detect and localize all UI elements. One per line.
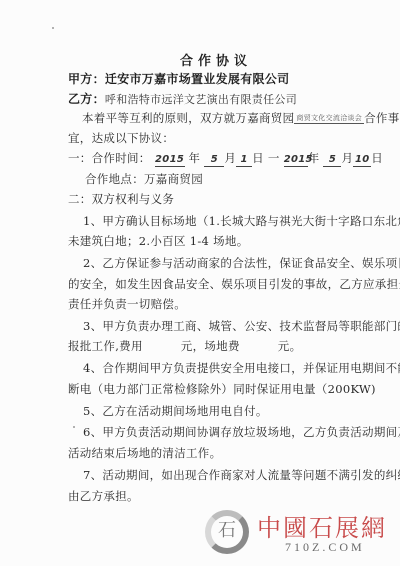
clause-2-line-1: 2、乙方保证参与活动商家的合法性，保证食品安全、娱乐项目	[83, 255, 400, 271]
location-value: 万嘉商贸园	[144, 172, 203, 186]
clause-7-line-1: 7、活动期间，如出现合作商家对人流量等问题不满引发的纠纷，	[83, 467, 400, 483]
intro-text-end: 合作事	[364, 111, 399, 125]
day-char: 日	[252, 151, 264, 165]
scan-speck	[52, 27, 54, 29]
location-label: 合作地点：	[85, 172, 144, 186]
start-day-field: 1	[236, 154, 252, 167]
scan-speck	[73, 426, 75, 428]
end-day-field: 10	[353, 154, 371, 167]
section-2-heading: 二：双方权利与义务	[68, 191, 174, 207]
clause-6-line-1: 6、甲方负责活动期间协调存放垃圾场地，乙方负责活动期间及	[83, 424, 400, 440]
clause-7-line-2: 由乙方承担。	[68, 488, 139, 504]
start-month-field: 5	[204, 154, 224, 167]
cooperation-location: 合作地点：万嘉商贸园	[85, 171, 203, 187]
venue-fee-label: 元，场地费	[181, 339, 240, 353]
party-b: 乙方：呼和浩特市远洋文艺演出有限责任公司	[68, 90, 297, 107]
clause-4-line-1: 4、合作期间甲方负责提供安全用电接口，并保证用电期间不能	[83, 360, 400, 376]
clause-1-line-1: 1、甲方确认目标场地（1.长城大路与祺光大街十字路口东北角	[83, 213, 400, 229]
clause-5: 5、乙方在活动期间场地用电自付。	[83, 403, 268, 419]
clause-2-line-2: 的安全，如发生因食品安全、娱乐项目引发的事故，乙方应承担全部	[68, 276, 400, 292]
month-char: 月	[341, 151, 353, 165]
clause-1-line-2: 未建筑白地；2.小百区 1-4 场地。	[68, 233, 249, 249]
clause-2-line-3: 责任并负责一切赔偿。	[68, 296, 186, 312]
approval-fee-label: 报批工作,费用	[68, 339, 143, 353]
end-year-field: 2015	[284, 154, 308, 167]
watermark-url: 710Z.COM	[285, 540, 365, 555]
clause-6-line-2: 活动结束后场地的清洁工作。	[68, 445, 221, 461]
contract-page: 合作协议 甲方：迁安市万嘉市场置业发展有限公司 乙方：呼和浩特市远洋文艺演出有限…	[0, 0, 400, 566]
party-b-name: 呼和浩特市远洋文艺演出有限责任公司	[105, 93, 297, 106]
time-label: 一：合作时间：	[68, 151, 151, 165]
party-a-name: 迁安市万嘉市场置业发展有限公司	[105, 72, 290, 86]
watermark-site-name: 中國石展網	[257, 508, 387, 543]
clause-3-line-2: 报批工作,费用元，场地费元。	[68, 338, 301, 354]
event-name-fill: 商贸文化交流洽谈会	[294, 113, 364, 124]
range-dash: 一	[268, 151, 280, 165]
cooperation-time: 一：合作时间： 2015 年 5月1日 一 2015年 5月10日	[68, 150, 383, 167]
party-a-label: 甲方：	[68, 72, 105, 86]
start-year-field: 2015	[155, 154, 185, 167]
clause-3-line-1: 3、甲方负责办理工商、城管、公安、技术监督局等职能部门的	[83, 318, 400, 334]
month-char: 月	[224, 151, 236, 165]
document-title: 合作协议	[180, 50, 252, 69]
intro-line-2: 宜，达成以下协议：	[68, 130, 174, 146]
yuan-unit: 元。	[278, 339, 302, 353]
logo-glyph: 石	[217, 520, 237, 542]
year-char: 年	[308, 151, 320, 165]
clause-4-line-2: 断电（电力部门正常检修除外）同时保证用电量（200KW)	[68, 381, 376, 397]
year-char: 年	[189, 151, 201, 165]
party-a: 甲方：迁安市万嘉市场置业发展有限公司	[68, 70, 289, 87]
end-month-field: 5	[323, 154, 341, 167]
day-char: 日	[371, 151, 383, 165]
intro-text: 本着平等互利的原则，双方就万嘉商贸园	[82, 111, 294, 125]
site-watermark: 石 中國石展網 710Z.COM	[205, 508, 395, 560]
intro-line-1: 本着平等互利的原则，双方就万嘉商贸园商贸文化交流洽谈会合作事	[82, 110, 400, 126]
party-b-label: 乙方：	[68, 92, 105, 106]
